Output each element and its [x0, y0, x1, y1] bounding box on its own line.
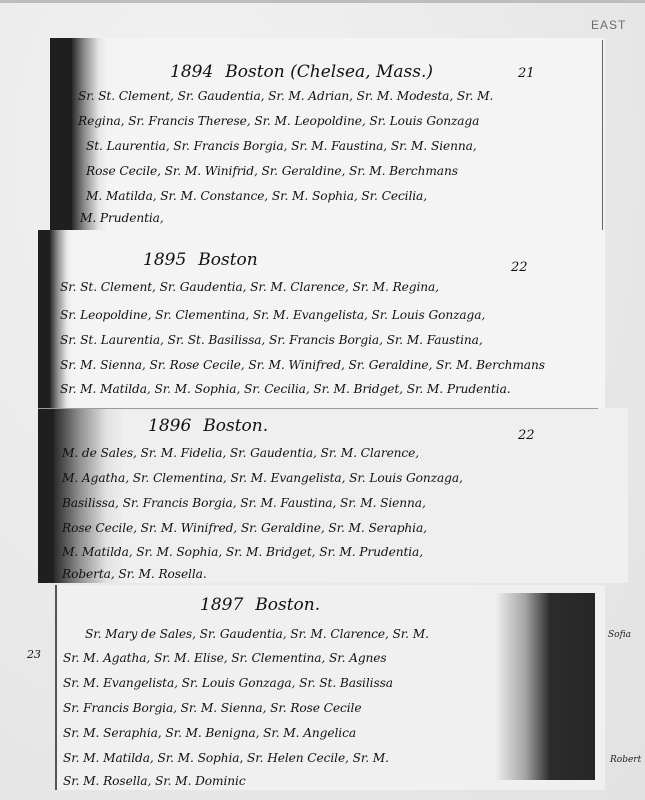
name-line: Sr. M. Evangelista, Sr. Louis Gonzaga, S… [63, 676, 393, 690]
section-count-1897: 23 [27, 648, 41, 661]
scan-shadow-right [495, 593, 595, 780]
name-line: M. Agatha, Sr. Clementina, Sr. M. Evange… [62, 471, 463, 485]
right-border-line [602, 40, 603, 230]
scan-shadow-bar [50, 38, 72, 230]
section-year: 1894 [170, 62, 213, 82]
name-line: Roberta, Sr. M. Rosella. [62, 567, 207, 581]
name-line: Sr. Leopoldine, Sr. Clementina, Sr. M. E… [60, 308, 485, 322]
section-count: 22 [518, 428, 535, 443]
name-line: St. Laurentia, Sr. Francis Borgia, Sr. M… [86, 139, 477, 153]
section-heading: 1894Boston (Chelsea, Mass.) [170, 62, 433, 82]
section-place: Boston. [255, 595, 320, 615]
section-heading: 1897Boston. [200, 595, 320, 615]
section-heading: 1895Boston [143, 250, 258, 270]
section-1894: 1894Boston (Chelsea, Mass.) 21 Sr. St. C… [50, 38, 605, 230]
name-line: Sr. Francis Borgia, Sr. M. Sienna, Sr. R… [63, 701, 361, 715]
section-count: 22 [511, 260, 528, 275]
section-1896: 1896Boston. 22 M. de Sales, Sr. M. Fidel… [38, 408, 628, 583]
name-line: M. de Sales, Sr. M. Fidelia, Sr. Gaudent… [62, 446, 419, 460]
name-line: Sr. M. Sienna, Sr. Rose Cecile, Sr. M. W… [60, 358, 545, 372]
section-year: 1895 [143, 250, 186, 270]
section-year: 1896 [148, 416, 191, 436]
name-line: Basilissa, Sr. Francis Borgia, Sr. M. Fa… [62, 496, 426, 510]
section-heading: 1896Boston. [148, 416, 268, 436]
name-line: Sr. M. Rosella, Sr. M. Dominic [63, 774, 246, 788]
section-year: 1897 [200, 595, 243, 615]
name-line: Rose Cecile, Sr. M. Winifrid, Sr. Gerald… [86, 164, 458, 178]
name-line: Sr. M. Seraphia, Sr. M. Benigna, Sr. M. … [63, 726, 356, 740]
corner-note-east: EAST [591, 18, 626, 32]
section-1897: 1897Boston. Sr. Mary de Sales, Sr. Gaude… [55, 585, 605, 790]
name-line: Sr. St. Clement, Sr. Gaudentia, Sr. M. A… [78, 89, 493, 103]
name-line: Sr. M. Matilda, Sr. M. Sophia, Sr. Cecil… [60, 382, 511, 396]
section-1895: 1895Boston 22 Sr. St. Clement, Sr. Gaude… [38, 230, 605, 408]
name-line: Rose Cecile, Sr. M. Winifred, Sr. Gerald… [62, 521, 427, 535]
scan-shadow-bar [38, 408, 54, 583]
section-place: Boston (Chelsea, Mass.) [225, 62, 433, 82]
section-place: Boston. [203, 416, 268, 436]
top-edge-shadow [0, 0, 645, 3]
section-place: Boston [198, 250, 257, 270]
name-line: Sr. M. Matilda, Sr. M. Sophia, Sr. Helen… [63, 751, 389, 765]
margin-note: Sofia [608, 630, 631, 640]
scan-shadow-bar [38, 230, 50, 408]
section-count: 21 [518, 66, 535, 81]
separator-line [38, 408, 598, 409]
name-line: Sr. St. Clement, Sr. Gaudentia, Sr. M. C… [60, 280, 439, 294]
name-line: M. Prudentia, [80, 211, 164, 225]
left-border-line [55, 585, 57, 790]
margin-note: Robert [610, 755, 641, 765]
name-line: Sr. M. Agatha, Sr. M. Elise, Sr. Clement… [63, 651, 387, 665]
name-line: M. Matilda, Sr. M. Sophia, Sr. M. Bridge… [62, 545, 423, 559]
name-line: Sr. St. Laurentia, Sr. St. Basilissa, Sr… [60, 333, 483, 347]
name-line: Sr. Mary de Sales, Sr. Gaudentia, Sr. M.… [85, 627, 429, 641]
name-line: M. Matilda, Sr. M. Constance, Sr. M. Sop… [86, 189, 427, 203]
name-line: Regina, Sr. Francis Therese, Sr. M. Leop… [78, 114, 479, 128]
